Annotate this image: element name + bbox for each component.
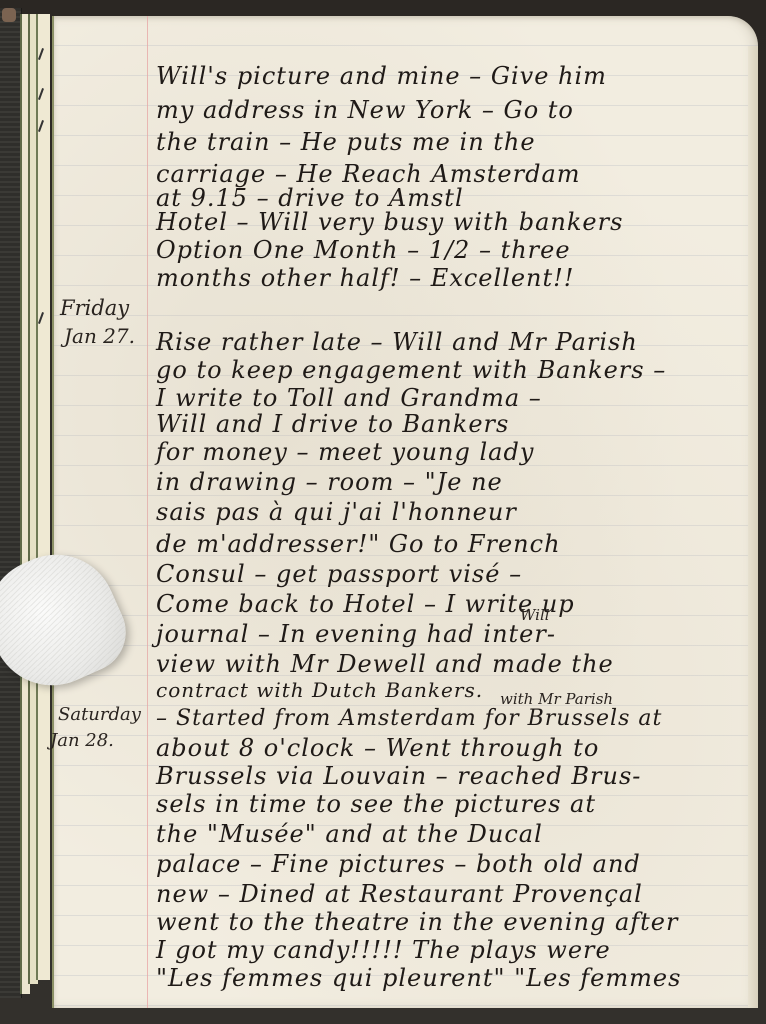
diary-line: I got my candy!!!!! The plays were	[156, 936, 611, 964]
diary-line: – Started from Amsterdam for Brussels at	[156, 706, 662, 731]
diary-line: sels in time to see the pictures at	[156, 790, 596, 818]
diary-line: Hotel – Will very busy with bankers	[156, 208, 623, 236]
margin-date-friday-date: Jan 27.	[64, 324, 135, 348]
diary-line: about 8 o'clock – Went through to	[156, 734, 599, 762]
diary-line: the train – He puts me in the	[156, 128, 536, 156]
diary-line: for money – meet young lady	[156, 438, 534, 466]
diary-line: Rise rather late – Will and Mr Parish	[156, 328, 638, 356]
diary-line: Option One Month – 1/2 – three	[156, 236, 571, 264]
diary-line: Will and I drive to Bankers	[156, 410, 509, 438]
margin-rule	[147, 16, 148, 1008]
diary-line: de m'addresser!" Go to French	[156, 530, 561, 558]
diary-line: my address in New York – Go to	[156, 96, 574, 124]
insertion-with-mr-parish: with Mr Parish	[500, 690, 613, 708]
diary-line: Brussels via Louvain – reached Brus-	[156, 762, 641, 790]
diary-line: "Les femmes qui pleurent" "Les femmes	[156, 964, 681, 992]
diary-line: contract with Dutch Bankers.	[156, 678, 483, 702]
cover-corner	[2, 8, 16, 22]
diary-line: new – Dined at Restaurant Provençal	[156, 880, 643, 908]
margin-date-saturday-day: Saturday	[58, 704, 141, 725]
diary-line: went to the theatre in the evening after	[156, 908, 678, 936]
diary-line: sais pas à qui j'ai l'honneur	[156, 498, 517, 526]
diary-line: months other half! – Excellent!!	[156, 264, 574, 292]
page-edge	[36, 14, 50, 980]
diary-line: I write to Toll and Grandma –	[156, 384, 542, 412]
insertion-will: Will	[520, 606, 550, 624]
margin-date-saturday-date: Jan 28.	[50, 730, 114, 751]
diary-line: view with Mr Dewell and made the	[156, 650, 614, 678]
diary-line: in drawing – room – "Je ne	[156, 468, 503, 496]
diary-line: go to keep engagement with Bankers –	[156, 356, 666, 384]
diary-photo: Friday Jan 27. Saturday Jan 28. Will's p…	[0, 0, 766, 1024]
diary-line: Consul – get passport visé –	[156, 560, 522, 588]
diary-line: palace – Fine pictures – both old and	[156, 850, 641, 878]
page-curl	[748, 46, 758, 1008]
diary-line: Will's picture and mine – Give him	[156, 62, 607, 90]
diary-line: journal – In evening had inter-	[156, 620, 556, 648]
diary-line: the "Musée" and at the Ducal	[156, 820, 543, 848]
book-cover	[0, 8, 22, 998]
diary-line: Come back to Hotel – I write up	[156, 590, 575, 618]
margin-date-friday-day: Friday	[60, 296, 129, 320]
